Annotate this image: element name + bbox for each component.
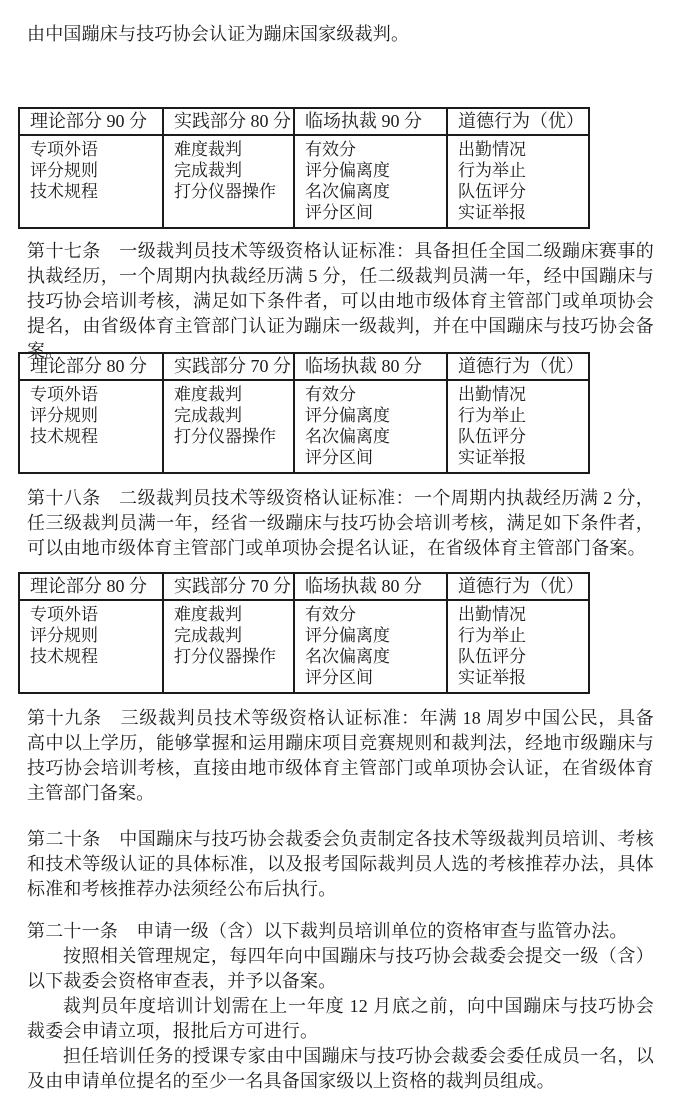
table-header-cell: 道德行为（优）	[447, 353, 589, 380]
table-cell-line: 专项外语	[30, 139, 158, 160]
table-header-cell: 道德行为（优）	[447, 573, 589, 600]
table-body-cell: 难度裁判完成裁判打分仪器操作	[163, 135, 294, 228]
table-cell-line: 评分区间	[305, 202, 442, 223]
table-cell-line: 名次偏离度	[305, 181, 442, 202]
table-body-cell: 出勤情况行为举止队伍评分实证举报	[447, 380, 589, 473]
article-21-paragraph-2: 裁判员年度培训计划需在上一年度 12 月底之前，向中国蹦床与技巧协会裁委会申请立…	[27, 994, 654, 1044]
table-cell-line: 行为举止	[458, 625, 584, 646]
table-body-cell: 出勤情况行为举止队伍评分实证举报	[447, 600, 589, 693]
table-body-row: 专项外语评分规则技术规程难度裁判完成裁判打分仪器操作有效分评分偏离度名次偏离度评…	[19, 380, 589, 473]
table-cell-line: 评分偏离度	[305, 160, 442, 181]
table-cell-line: 评分规则	[30, 625, 158, 646]
table-cell-line: 评分区间	[305, 447, 442, 468]
document-page: 由中国蹦床与技巧协会认证为蹦床国家级裁判。 理论部分 90 分实践部分 80 分…	[0, 0, 680, 1096]
intro-line: 由中国蹦床与技巧协会认证为蹦床国家级裁判。	[27, 22, 654, 47]
article-20-paragraph: 第二十条 中国蹦床与技巧协会裁委会负责制定各技术等级裁判员培训、考核和技术等级认…	[27, 827, 654, 902]
table-cell-line: 专项外语	[30, 604, 158, 625]
table-header-cell: 理论部分 80 分	[19, 353, 163, 380]
table-header-cell: 理论部分 90 分	[19, 108, 163, 135]
table-cell-line: 打分仪器操作	[174, 181, 289, 202]
table-cell-line: 评分偏离度	[305, 625, 442, 646]
table-cell-line: 技术规程	[30, 181, 158, 202]
table-body-cell: 难度裁判完成裁判打分仪器操作	[163, 380, 294, 473]
certification-table-level1: 理论部分 80 分实践部分 70 分临场执裁 80 分道德行为（优） 专项外语评…	[18, 352, 590, 474]
article-18-paragraph: 第十八条 二级裁判员技术等级资格认证标准：一个周期内执裁经历满 2 分，任三级裁…	[27, 486, 654, 561]
table-cell-line: 有效分	[305, 139, 442, 160]
table-cell-line: 评分规则	[30, 160, 158, 181]
certification-table-level2: 理论部分 80 分实践部分 70 分临场执裁 80 分道德行为（优） 专项外语评…	[18, 572, 590, 694]
table-header-cell: 实践部分 70 分	[163, 573, 294, 600]
table-cell-line: 名次偏离度	[305, 646, 442, 667]
table-cell-line: 行为举止	[458, 160, 584, 181]
certification-table-national: 理论部分 90 分实践部分 80 分临场执裁 90 分道德行为（优） 专项外语评…	[18, 107, 590, 229]
table-cell-line: 专项外语	[30, 384, 158, 405]
table-cell-line: 队伍评分	[458, 646, 584, 667]
table-cell-line: 完成裁判	[174, 405, 289, 426]
table-header-row: 理论部分 80 分实践部分 70 分临场执裁 80 分道德行为（优）	[19, 353, 589, 380]
table-cell-line: 打分仪器操作	[174, 426, 289, 447]
table-cell-line: 评分规则	[30, 405, 158, 426]
article-17-paragraph: 第十七条 一级裁判员技术等级资格认证标准：具备担任全国二级蹦床赛事的执裁经历，一…	[27, 239, 654, 364]
table-cell-line: 完成裁判	[174, 625, 289, 646]
table-cell-line: 技术规程	[30, 646, 158, 667]
table-body-row: 专项外语评分规则技术规程难度裁判完成裁判打分仪器操作有效分评分偏离度名次偏离度评…	[19, 600, 589, 693]
table-cell-line: 评分区间	[305, 667, 442, 688]
table-cell-line: 实证举报	[458, 202, 584, 223]
table-body-cell: 专项外语评分规则技术规程	[19, 135, 163, 228]
table-header-cell: 临场执裁 80 分	[294, 353, 447, 380]
table-body-cell: 专项外语评分规则技术规程	[19, 380, 163, 473]
table-cell-line: 难度裁判	[174, 384, 289, 405]
table-cell-line: 出勤情况	[458, 384, 584, 405]
table-cell-line: 出勤情况	[458, 604, 584, 625]
table-cell-line: 难度裁判	[174, 604, 289, 625]
table-header-cell: 临场执裁 80 分	[294, 573, 447, 600]
table-cell-line: 有效分	[305, 384, 442, 405]
table-cell-line: 实证举报	[458, 447, 584, 468]
article-21-heading: 第二十一条 申请一级（含）以下裁判员培训单位的资格审查与监管办法。	[27, 919, 654, 944]
table-cell-line: 出勤情况	[458, 139, 584, 160]
table-cell-line: 技术规程	[30, 426, 158, 447]
article-19-paragraph: 第十九条 三级裁判员技术等级资格认证标准：年满 18 周岁中国公民，具备高中以上…	[27, 706, 654, 806]
article-21-block: 第二十一条 申请一级（含）以下裁判员培训单位的资格审查与监管办法。 按照相关管理…	[0, 919, 680, 1094]
table-cell-line: 队伍评分	[458, 426, 584, 447]
table-body-cell: 专项外语评分规则技术规程	[19, 600, 163, 693]
table-header-row: 理论部分 80 分实践部分 70 分临场执裁 80 分道德行为（优）	[19, 573, 589, 600]
table-body-cell: 出勤情况行为举止队伍评分实证举报	[447, 135, 589, 228]
table-header-cell: 临场执裁 90 分	[294, 108, 447, 135]
table-cell-line: 评分偏离度	[305, 405, 442, 426]
table-body-cell: 难度裁判完成裁判打分仪器操作	[163, 600, 294, 693]
table-cell-line: 行为举止	[458, 405, 584, 426]
table-header-row: 理论部分 90 分实践部分 80 分临场执裁 90 分道德行为（优）	[19, 108, 589, 135]
table-cell-line: 完成裁判	[174, 160, 289, 181]
table-cell-line: 实证举报	[458, 667, 584, 688]
table-header-cell: 道德行为（优）	[447, 108, 589, 135]
table-body-cell: 有效分评分偏离度名次偏离度评分区间	[294, 380, 447, 473]
table-cell-line: 难度裁判	[174, 139, 289, 160]
table-body-cell: 有效分评分偏离度名次偏离度评分区间	[294, 600, 447, 693]
table-cell-line: 队伍评分	[458, 181, 584, 202]
table-cell-line: 名次偏离度	[305, 426, 442, 447]
table-body-cell: 有效分评分偏离度名次偏离度评分区间	[294, 135, 447, 228]
table-header-cell: 理论部分 80 分	[19, 573, 163, 600]
table-cell-line: 打分仪器操作	[174, 646, 289, 667]
article-21-paragraph-3: 担任培训任务的授课专家由中国蹦床与技巧协会裁委会委任成员一名，以及由申请单位提名…	[27, 1044, 654, 1094]
table-cell-line: 有效分	[305, 604, 442, 625]
table-body-row: 专项外语评分规则技术规程难度裁判完成裁判打分仪器操作有效分评分偏离度名次偏离度评…	[19, 135, 589, 228]
article-21-paragraph-1: 按照相关管理规定，每四年向中国蹦床与技巧协会裁委会提交一级（含）以下裁委会资格审…	[27, 944, 654, 994]
table-header-cell: 实践部分 70 分	[163, 353, 294, 380]
table-header-cell: 实践部分 80 分	[163, 108, 294, 135]
